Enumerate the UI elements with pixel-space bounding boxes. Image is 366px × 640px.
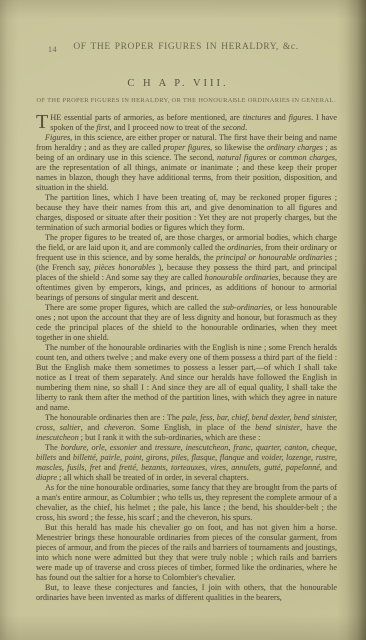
text-run: cheveron [104, 423, 134, 432]
page-number: 14 [48, 45, 57, 54]
text-run: or [266, 153, 278, 162]
text-run: sub-ordinaries [223, 303, 271, 312]
text-run: bend sinister [255, 423, 300, 432]
chapter-heading: C H A P. VIII. [0, 78, 356, 89]
paragraph: There are some proper figures, which are… [36, 303, 337, 343]
text-run: Figures [45, 133, 70, 142]
paragraph: The partition lines, which I have been t… [36, 193, 337, 233]
paragraph: THE essential parts of armories, as befo… [36, 113, 337, 133]
paragraph: The proper figures to be treated of, are… [36, 233, 337, 303]
paragraph: As for the nine honourable ordinaries, s… [36, 483, 337, 523]
text-run: diapre [36, 473, 57, 482]
body-text: THE essential parts of armories, as befo… [36, 113, 337, 603]
text-run: There are some proper figures, which are… [45, 303, 223, 312]
paragraph: The honourable ordinaries then are : The… [36, 413, 337, 443]
text-run: and [271, 113, 289, 122]
running-header: 14 OF THE PROPER FIGURES IN HERALDRY, &c… [36, 42, 336, 56]
paragraph: The number of the honourable ordinaries … [36, 343, 337, 413]
chapter-subtitle: OF THE PROPER FIGURES IN HERALDRY, OR TH… [26, 97, 346, 104]
text-run: , have the [300, 423, 337, 432]
text-run: and [244, 453, 261, 462]
text-run: But, to leave these conjectures and fanc… [36, 583, 337, 602]
text-run: principal or honourable ordinaries [216, 253, 332, 262]
text-run: ; but I rank it with the sub-ordinaries,… [79, 433, 261, 442]
text-run: and [137, 443, 155, 452]
text-run: , and I proceed now to treat of the [110, 123, 223, 132]
text-run: bordure, orle, essonier [61, 443, 137, 452]
paragraph: Figures, in this science, are either pro… [36, 133, 337, 193]
text-run: HE essential parts of armories, as befor… [50, 113, 243, 122]
text-run: figures [289, 113, 311, 122]
paragraph: But this herald has made his chevalier g… [36, 523, 337, 583]
text-run: The number of the honourable ordinaries … [36, 343, 337, 412]
book-page: 14 OF THE PROPER FIGURES IN HERALDRY, &c… [0, 0, 366, 640]
text-run: The honourable ordinaries then are : The [45, 413, 182, 422]
text-run: . [245, 123, 247, 132]
paragraph: But, to leave these conjectures and fanc… [36, 583, 337, 603]
text-run: common charges [279, 153, 335, 162]
drop-cap: T [36, 113, 50, 131]
text-run: pièces honorables [94, 263, 155, 272]
text-run: ; all which shall be treated of in order… [57, 473, 249, 482]
text-run: , and [81, 423, 104, 432]
text-run: But this herald has made his chevalier g… [36, 523, 337, 582]
text-run: natural figures [217, 153, 266, 162]
paragraph: The bordure, orle, essonier and tressure… [36, 443, 337, 483]
text-run: second [222, 123, 245, 132]
text-run: , so likewise the [210, 143, 266, 152]
running-title: OF THE PROPER FIGURES IN HERALDRY, &c. [36, 42, 336, 52]
text-run: ordinary charges [267, 143, 323, 152]
text-run: and [56, 453, 73, 462]
text-run: . Some English, in place of the [134, 423, 255, 432]
text-run: ordinaries [227, 243, 261, 252]
text-run: inescutcheon [36, 433, 79, 442]
text-run: , and [320, 463, 337, 472]
text-run: honourable ordinaries [205, 273, 279, 282]
text-run: The partition lines, which I have been t… [36, 193, 337, 232]
text-run: tinctures [243, 113, 271, 122]
text-run: As for the nine honourable ordinaries, s… [36, 483, 337, 522]
text-run: first [96, 123, 109, 132]
text-run: The [45, 443, 61, 452]
text-run: billetté, pairle, point, girons, piles, … [73, 453, 244, 462]
text-run: proper figures [163, 143, 210, 152]
text-run: and [101, 463, 119, 472]
text-run: fretté, bezants, torteauxes, vires, annu… [119, 463, 320, 472]
